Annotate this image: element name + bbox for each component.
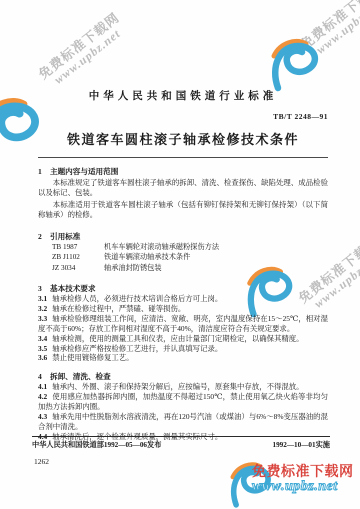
section-references: 2引用标准 TB 1987机车车辆轮对滚动轴承磁粉探伤方法 ZB J1102铁道… xyxy=(38,232,328,274)
footer-divider xyxy=(32,436,330,437)
watermark-site-name: 免费标准下载网 xyxy=(278,0,360,68)
clause: 3.4轴承检测，使用的测量工具和仪表，应由计量部门定期检定，以确保其精度。 xyxy=(38,334,328,344)
watermark-site-name: 免费标准下载网 xyxy=(252,466,360,480)
reference-title: 机车车辆轮对滚动轴承磁粉探伤方法 xyxy=(104,243,219,251)
section-heading: 1主题内容与适用范围 xyxy=(38,167,328,177)
watermark-site-url: www.upbz.net xyxy=(286,0,360,78)
document-content: 中华人民共和国铁道行业标准 TB/T 2248—91 铁道客车圆柱滚子轴承检修技… xyxy=(38,88,328,442)
section-scope: 1主题内容与适用范围 本标准规定了铁道客车圆柱滚子轴承的拆卸、清洗、检查探伤、缺… xyxy=(38,167,328,221)
reference-code: JZ 3034 xyxy=(52,263,104,274)
section-number: 1 xyxy=(38,167,50,177)
section-heading: 2引用标准 xyxy=(38,232,328,242)
clause-number: 4.1 xyxy=(38,382,52,391)
section-title: 引用标准 xyxy=(50,232,80,241)
clause-text: 禁止使用镀铬修复工艺。 xyxy=(52,353,133,362)
clause-text: 使用感应加热器拆卸内圈，加热温度不得超过150℃，禁止使用氧乙炔火焰等非均匀加热… xyxy=(38,392,328,411)
section-number: 2 xyxy=(38,232,50,242)
reference-item: JZ 3034轴承油封防锈包装 xyxy=(38,263,328,274)
clause: 3.2轴承在检修过程中，严禁磕、碰等损伤。 xyxy=(38,304,328,314)
clause-number: 3.5 xyxy=(38,344,52,353)
section-number: 4 xyxy=(38,372,50,382)
clause-text: 轴承检验修理组装工作间，应清洁、宽敞、明亮，室内温度保持在15～25℃，相对湿度… xyxy=(38,314,328,333)
section-number: 3 xyxy=(38,284,50,294)
clause-number: 3.1 xyxy=(38,294,52,303)
reference-code: TB 1987 xyxy=(52,242,104,253)
clause-number: 3.2 xyxy=(38,304,52,313)
clause-number: 3.3 xyxy=(38,314,52,323)
clause-number: 3.6 xyxy=(38,353,52,362)
watermark-site-name: 免费标准下载网 xyxy=(16,0,143,98)
clause-number: 3.4 xyxy=(38,334,52,343)
implementation-date: 1992—10—01实施 xyxy=(272,440,330,450)
section-heading: 3基本技术要求 xyxy=(38,284,328,294)
reference-title: 铁道车辆滚动轴承技术条件 xyxy=(104,253,190,261)
issue-date: 中华人民共和国铁道部1992—05—06发布 xyxy=(32,440,161,450)
clause-text: 轴承检修应严格按检修工艺进行，并认真填写记录。 xyxy=(52,344,222,353)
clause-number: 4.3 xyxy=(38,412,52,421)
reference-code: ZB J1102 xyxy=(52,252,104,263)
paragraph: 本标准规定了铁道客车圆柱滚子轴承的拆卸、清洗、检查探伤、缺陷处理、成品检验以及标… xyxy=(38,178,328,199)
watermark-site-url: www.upbz.net xyxy=(252,480,360,494)
clause-text: 轴承先用中性脱脂剂水溶液清洗，再在120号汽油（或煤油）与6%～8%变压器油的混… xyxy=(38,412,328,431)
standard-number: TB/T 2248—91 xyxy=(38,112,328,121)
paragraph: 本标准适用于铁道客车圆柱滚子轴承（包括有铆钉保持架和无铆钉保持架）（以下简称轴承… xyxy=(38,200,328,221)
section-disassembly-cleaning-inspection: 4拆卸、清洗、检查 4.1轴承内、外圈、滚子和保持架分解后，应按编号，原套集中存… xyxy=(38,372,328,441)
footer-dates: 中华人民共和国铁道部1992—05—06发布 1992—10—01实施 xyxy=(32,440,330,450)
standard-type-heading: 中华人民共和国铁道行业标准 xyxy=(38,88,328,103)
title-divider xyxy=(38,157,328,158)
document-title: 铁道客车圆柱滚子轴承检修技术条件 xyxy=(38,129,328,148)
section-title: 基本技术要求 xyxy=(50,284,96,293)
clause: 3.6禁止使用镀铬修复工艺。 xyxy=(38,353,328,363)
clause-text: 轴承检测，使用的测量工具和仪表，应由计量部门定期检定，以确保其精度。 xyxy=(52,334,303,343)
section-heading: 4拆卸、清洗、检查 xyxy=(38,372,328,382)
upbz-logo-icon xyxy=(264,34,324,94)
clause-text: 轴承检修人员，必须进行技术培训合格后方可上岗。 xyxy=(52,294,222,303)
clause: 3.3轴承检验修理组装工作间，应清洁、宽敞、明亮，室内温度保持在15～25℃，相… xyxy=(38,314,328,334)
section-title: 主题内容与适用范围 xyxy=(50,167,118,176)
clause: 4.3轴承先用中性脱脂剂水溶液清洗，再在120号汽油（或煤油）与6%～8%变压器… xyxy=(38,412,328,432)
clause-number: 4.2 xyxy=(38,392,52,401)
section-title: 拆卸、清洗、检查 xyxy=(50,372,111,381)
section-basic-requirements: 3基本技术要求 3.1轴承检修人员，必须进行技术培训合格后方可上岗。 3.2轴承… xyxy=(38,284,328,363)
clause: 3.1轴承检修人员，必须进行技术培训合格后方可上岗。 xyxy=(38,294,328,304)
reference-title: 轴承油封防锈包装 xyxy=(104,264,162,272)
watermark-bottom-right: 免费标准下载网 www.upbz.net xyxy=(252,466,360,494)
clause: 3.5轴承检修应严格按检修工艺进行，并认真填写记录。 xyxy=(38,344,328,354)
page-footer: 中华人民共和国铁道部1992—05—06发布 1992—10—01实施 1262 xyxy=(32,436,330,466)
clause: 4.1轴承内、外圈、滚子和保持架分解后，应按编号，原套集中存放，不得混放。 xyxy=(38,382,328,392)
reference-item: ZB J1102铁道车辆滚动轴承技术条件 xyxy=(38,252,328,263)
reference-item: TB 1987机车车辆轮对滚动轴承磁粉探伤方法 xyxy=(38,242,328,253)
watermark-top-right: 免费标准下载网 www.upbz.net xyxy=(278,0,360,78)
clause-text: 轴承内、外圈、滚子和保持架分解后，应按编号，原套集中存放，不得混放。 xyxy=(52,382,303,391)
page-number: 1262 xyxy=(32,457,330,466)
clause: 4.2使用感应加热器拆卸内圈，加热温度不得超过150℃，禁止使用氧乙炔火焰等非均… xyxy=(38,392,328,412)
clause-text: 轴承在检修过程中，严禁磕、碰等损伤。 xyxy=(52,304,185,313)
document-page: 免费标准下载网 www.upbz.net 免费标准下载网 www.upbz.ne… xyxy=(0,0,360,509)
